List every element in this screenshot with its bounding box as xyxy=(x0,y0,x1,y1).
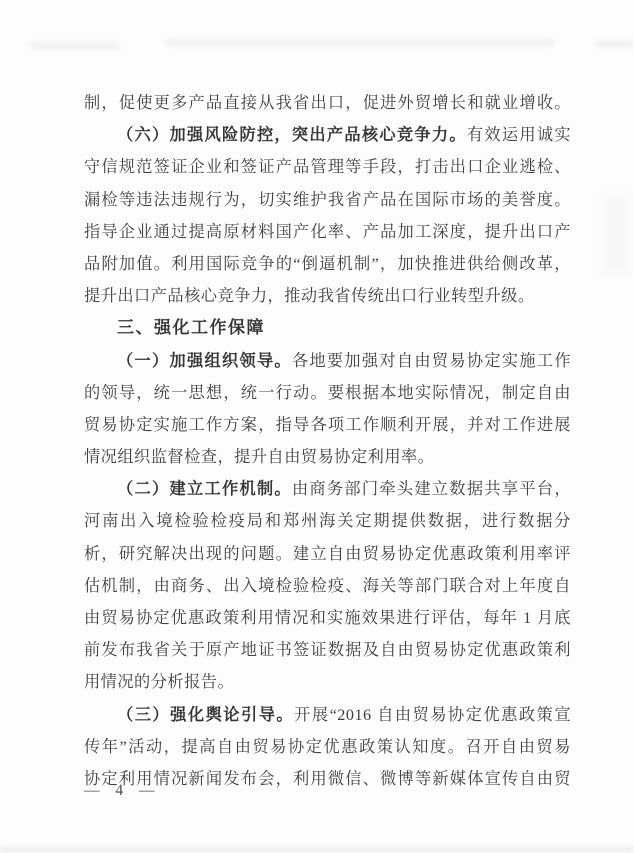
text-line: 传年”活动，提高自由贸易协定优惠政策认知度。召开自由贸易 xyxy=(84,731,571,763)
text-line: （一）加强组织领导。各地要加强对自由贸易协定实施工作 xyxy=(84,345,571,377)
text-line: 析，研究解决出现的问题。建立自由贸易协定优惠政策利用率评 xyxy=(84,538,571,570)
text-line: 情况组织监督检查，提升自由贸易协定利用率。 xyxy=(84,441,571,473)
text-line: 用情况的分析报告。 xyxy=(84,666,571,698)
scanned-document-page: 制，促使更多产品直接从我省出口，促进外贸增长和就业增收。 （六）加强风险防控，突… xyxy=(0,0,634,853)
text-line: （三）强化舆论引导。开展“2016 自由贸易协定优惠政策宣 xyxy=(84,699,571,731)
page-number: — 4 — xyxy=(84,781,161,801)
text-line: （六）加强风险防控，突出产品核心竞争力。有效运用诚实 xyxy=(84,119,571,151)
text-line: 贸易协定实施工作方案，指导各项工作顺利开展，并对工作进展 xyxy=(84,409,571,441)
scan-artifact xyxy=(30,42,120,50)
text-line: 由贸易协定优惠政策利用情况和实施效果进行评估，每年 1 月底 xyxy=(84,602,571,634)
text-line: 提升出口产品核心竞争力，推动我省传统出口行业转型升级。 xyxy=(84,280,571,312)
text-line: （二）建立工作机制。由商务部门牵头建立数据共享平台， xyxy=(84,473,571,505)
text-line: 漏检等违法违规行为，切实维护我省产品在国际市场的美誉度。 xyxy=(84,184,571,216)
text-line: 指导企业通过提高原材料国产化率、产品加工深度，提升出口产 xyxy=(84,216,571,248)
scan-artifact xyxy=(602,195,630,275)
scan-artifact xyxy=(595,40,634,48)
text-line: 的领导，统一思想，统一行动。要根据本地实际情况，制定自由 xyxy=(84,377,571,409)
text-line: 河南出入境检验检疫局和郑州海关定期提供数据，进行数据分 xyxy=(84,505,571,537)
scan-artifact xyxy=(165,38,555,47)
text-line: 前发布我省关于原产地证书签证数据及自由贸易协定优惠政策利 xyxy=(84,634,571,666)
text-line: 品附加值。利用国际竞争的“倒逼机制”，加快推进供给侧改革， xyxy=(84,248,571,280)
text-line: 制，促使更多产品直接从我省出口，促进外贸增长和就业增收。 xyxy=(84,87,571,119)
scan-artifact xyxy=(0,846,634,853)
section-heading: 三、强化工作保障 xyxy=(84,312,571,344)
text-line: 守信规范签证企业和签证产品管理等手段，打击出口企业逃检、 xyxy=(84,151,571,183)
document-text-block: 制，促使更多产品直接从我省出口，促进外贸增长和就业增收。 （六）加强风险防控，突… xyxy=(84,87,571,795)
text-line: 估机制，由商务、出入境检验检疫、海关等部门联合对上年度自 xyxy=(84,570,571,602)
